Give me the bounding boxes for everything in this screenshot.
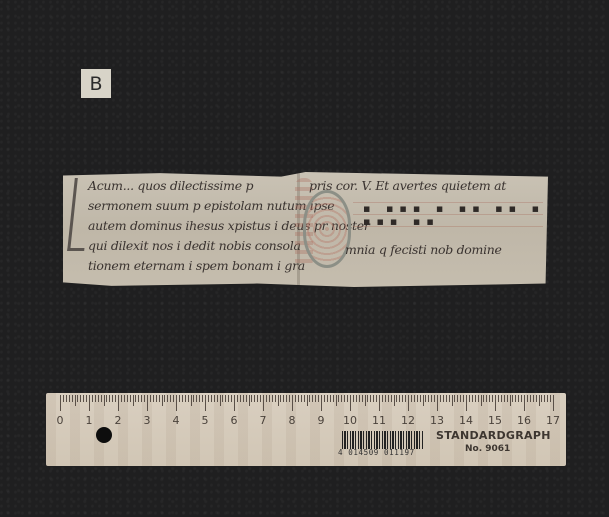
music-neumes: ▪ ▪▪▪ ▪ ▪▪ ▪▪ ▪ ▪▪▪ ▪▪ [363,202,548,228]
ruler-tick [536,395,537,402]
ruler-tick [193,395,194,402]
ruler-tick [321,395,322,411]
ruler-tick [353,395,354,402]
ruler-tick [359,395,360,402]
ruler-tick [533,395,534,402]
ruler-tick [399,395,400,402]
ruler-tick [489,395,490,402]
ruler-tick [312,395,313,402]
ruler-number: 5 [202,414,209,427]
ruler-tick [481,395,482,406]
ruler-tick [147,395,148,411]
ruler-tick [167,395,168,402]
ruler-tick [254,395,255,402]
ruler-tick [182,395,183,402]
ruler-tick [408,395,409,411]
ruler-tick [69,395,70,402]
ruler-tick [63,395,64,402]
ruler-tick [77,395,78,402]
ruler-tick [550,395,551,402]
ruler-tick [164,395,165,402]
ruler-tick [205,395,206,411]
ruler-tick [185,395,186,402]
ruler-ticks: 01234567891011121314151617 [60,395,553,413]
ruler-tick [333,395,334,402]
ruler-tick [338,395,339,402]
ruler-tick [324,395,325,402]
right-column-text: mnia q fecisti nob domine [345,240,502,260]
ruler-tick [133,395,134,406]
ruler-tick [153,395,154,402]
ruler-tick [504,395,505,402]
ruler-tick [269,395,270,402]
ruler-tick [330,395,331,402]
ruler-tick [173,395,174,402]
ruler-tick [486,395,487,402]
ruler-tick [483,395,484,402]
ruler-tick [237,395,238,402]
ruler-tick [440,395,441,402]
ruler-tick [95,395,96,402]
ruler: 01234567891011121314151617 4 014509 0111… [46,393,566,466]
ruler-number: 0 [57,414,64,427]
ruler-tick [112,395,113,402]
ruler-tick [231,395,232,402]
ruler-tick [420,395,421,402]
ruler-tick [396,395,397,402]
barcode-number: 4 014509 011197 [338,448,415,457]
ruler-tick [234,395,235,411]
ruler-tick [217,395,218,402]
ruler-tick [530,395,531,402]
ruler-tick [292,395,293,411]
ruler-tick [373,395,374,402]
ruler-tick [379,395,380,411]
ruler-tick [240,395,241,402]
ruler-tick [208,395,209,402]
ruler-number: 13 [430,414,444,427]
ruler-tick [356,395,357,402]
ruler-tick [266,395,267,402]
ruler-tick [472,395,473,402]
ruler-number: 2 [115,414,122,427]
ruler-tick [510,395,511,406]
ruler-tick [196,395,197,402]
ruler-tick [402,395,403,402]
ruler-tick [162,395,163,406]
ruler-tick [385,395,386,402]
illuminated-initial-o [303,190,351,268]
right-column-heading: pris cor. V. Et avertes quietem at [309,176,506,196]
ruler-tick [249,395,250,406]
ruler-tick [280,395,281,402]
ruler-tick [257,395,258,402]
ruler-tick [518,395,519,402]
ruler-tick [507,395,508,402]
specimen-label-card: B [81,69,111,98]
ruler-tick [336,395,337,406]
ruler-tick [298,395,299,402]
ruler-tick [92,395,93,402]
ruler-tick [295,395,296,402]
ruler-number: 7 [260,414,267,427]
ruler-number: 14 [459,414,473,427]
ruler-tick [301,395,302,402]
ruler-tick [115,395,116,402]
ruler-tick [60,395,61,411]
ruler-tick [214,395,215,402]
ruler-tick [553,395,554,411]
ruler-tick [211,395,212,402]
ruler-tick [141,395,142,402]
ruler-tick [156,395,157,402]
ruler-tick [272,395,273,402]
ruler-tick [98,395,99,402]
ruler-tick [202,395,203,402]
ruler-tick [425,395,426,402]
ruler-tick [452,395,453,406]
ruler-tick [391,395,392,402]
ruler-number: 3 [144,414,151,427]
ruler-tick [512,395,513,402]
ruler-tick [66,395,67,402]
ruler-tick [431,395,432,402]
ruler-tick [260,395,261,402]
ruler-tick [72,395,73,402]
ruler-tick [463,395,464,402]
manuscript-fragment: Acum... quos dilectissime p sermonem suu… [63,172,548,287]
ruler-tick [475,395,476,402]
ruler-tick [144,395,145,402]
ruler-tick [104,395,105,406]
ruler-tick [437,395,438,411]
ruler-number: 4 [173,414,180,427]
ruler-tick [159,395,160,402]
ruler-tick [289,395,290,402]
ruler-tick [347,395,348,402]
ruler-tick [460,395,461,402]
ruler-tick [179,395,180,402]
ruler-tick [501,395,502,402]
ruler-tick [75,395,76,406]
ruler-number: 8 [289,414,296,427]
ruler-tick [150,395,151,402]
ruler-tick [251,395,252,402]
ruler-number: 10 [343,414,357,427]
ruler-model: No. 9061 [465,444,510,454]
ruler-tick [89,395,90,411]
ruler-tick [469,395,470,402]
ruler-tick [243,395,244,402]
ruler-tick [376,395,377,402]
ruler-tick [307,395,308,406]
ruler-tick [405,395,406,402]
ruler-tick [394,395,395,406]
ruler-tick [109,395,110,402]
ruler-tick [367,395,368,402]
ruler-tick [414,395,415,402]
ruler-tick [417,395,418,402]
ruler-tick [106,395,107,402]
ruler-tick [286,395,287,402]
ruler-tick [423,395,424,406]
ruler-tick [83,395,84,402]
ruler-tick [539,395,540,406]
ruler-tick [449,395,450,402]
ruler-tick [191,395,192,406]
ruler-tick [225,395,226,402]
ruler-brand: STANDARDGRAPH [436,429,551,442]
ruler-tick [466,395,467,411]
ruler-tick [443,395,444,402]
ruler-tick [222,395,223,402]
ruler-tick [124,395,125,402]
ruler-number: 16 [517,414,531,427]
ruler-tick [121,395,122,402]
ruler-tick [176,395,177,411]
ruler-number: 1 [86,414,93,427]
ruler-tick [541,395,542,402]
ruler-tick [220,395,221,406]
ruler-tick [228,395,229,402]
ruler-tick [170,395,171,402]
ruler-tick [515,395,516,402]
ruler-tick [388,395,389,402]
ruler-tick [283,395,284,402]
ruler-number: 15 [488,414,502,427]
ruler-tick [309,395,310,402]
ruler-tick [365,395,366,406]
ruler-tick [278,395,279,406]
ruler-tick [275,395,276,402]
ruler-tick [524,395,525,411]
ruler-tick [547,395,548,402]
ruler-tick [454,395,455,402]
barcode [342,431,424,449]
ruler-tick [521,395,522,402]
ruler-hole [96,427,112,443]
ruler-tick [118,395,119,411]
ruler-tick [382,395,383,402]
ruler-number: 9 [318,414,325,427]
ruler-tick [80,395,81,402]
ruler-tick [344,395,345,402]
ruler-number: 12 [401,414,415,427]
ruler-tick [544,395,545,402]
ruler-tick [327,395,328,402]
ruler-tick [428,395,429,402]
specimen-label: B [89,73,102,95]
ruler-tick [446,395,447,402]
ruler-tick [411,395,412,402]
ruler-tick [246,395,247,402]
ruler-tick [498,395,499,402]
ruler-tick [341,395,342,402]
ruler-tick [130,395,131,402]
ruler-number: 6 [231,414,238,427]
ruler-tick [135,395,136,402]
ruler-tick [101,395,102,402]
ruler-number: 11 [372,414,386,427]
ruler-tick [127,395,128,402]
ruler-tick [457,395,458,402]
ruler-tick [434,395,435,402]
ruler-tick [318,395,319,402]
ruler-tick [199,395,200,402]
ruler-tick [138,395,139,402]
ruler-tick [86,395,87,402]
ruler-tick [362,395,363,402]
ruler-tick [527,395,528,402]
ruler-tick [478,395,479,402]
ruler-tick [350,395,351,411]
ruler-number: 17 [546,414,560,427]
ruler-tick [304,395,305,402]
ruler-tick [188,395,189,402]
ruler-tick [495,395,496,411]
ruler-tick [492,395,493,402]
ruler-tick [315,395,316,402]
ruler-tick [370,395,371,402]
ruler-tick [263,395,264,411]
